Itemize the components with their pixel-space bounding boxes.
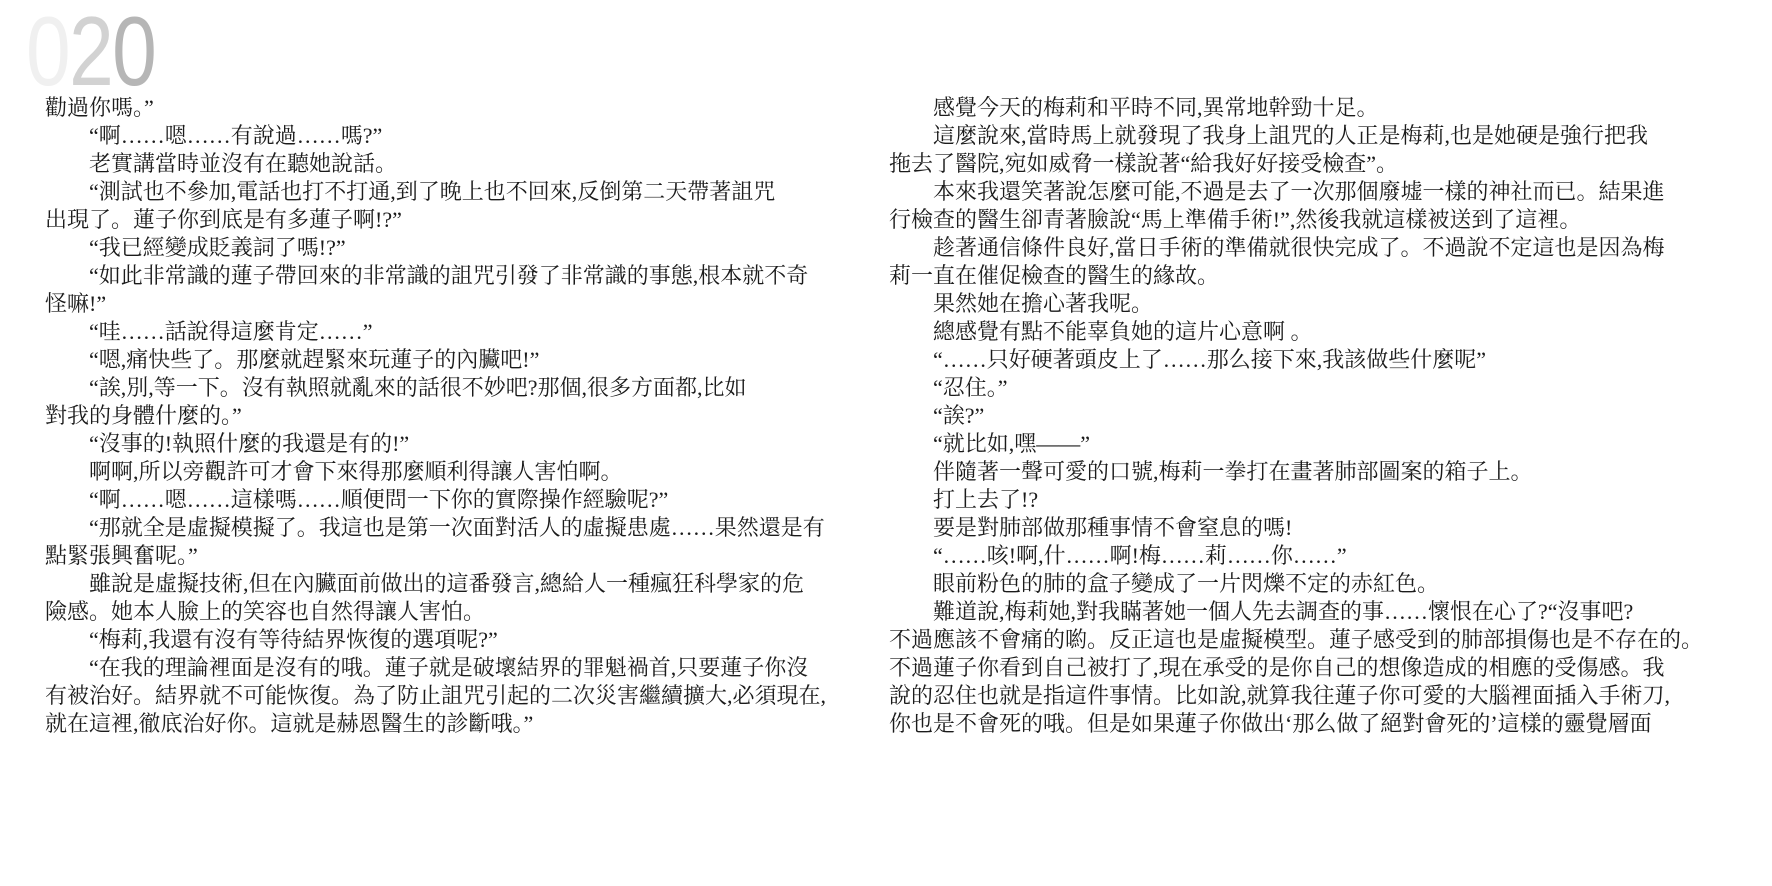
text-line: “如此非常識的蓮子帶回來的非常識的詛咒引發了非常識的事態,根本就不奇 bbox=[45, 262, 823, 290]
text-line: 總感覺有點不能辜負她的這片心意啊 。 bbox=[889, 318, 1703, 346]
text-line: “就比如,嘿——” bbox=[889, 430, 1703, 458]
text-line: “忍住。” bbox=[889, 374, 1703, 402]
text-line: “我已經變成貶義詞了嗎!?” bbox=[45, 234, 823, 262]
text-line: 伴隨著一聲可愛的口號,梅莉一拳打在畫著肺部圖案的箱子上。 bbox=[889, 458, 1703, 486]
text-line: 就在這裡,徹底治好你。這就是赫恩醫生的診斷哦。” bbox=[45, 710, 823, 738]
text-line: 對我的身體什麼的。” bbox=[45, 402, 823, 430]
left-page-text: 勸過你嗎。”“啊……嗯……有說過……嗎?”老實講當時並沒有在聽她說話。“測試也不… bbox=[45, 94, 823, 738]
text-line: “那就全是虛擬模擬了。我這也是第一次面對活人的虛擬患處……果然還是有 bbox=[45, 514, 823, 542]
text-line: “哇……話說得這麼肯定……” bbox=[45, 318, 823, 346]
text-line: 感覺今天的梅莉和平時不同,異常地幹勁十足。 bbox=[889, 94, 1703, 122]
text-line: “沒事的!執照什麼的我還是有的!” bbox=[45, 430, 823, 458]
text-line: 難道說,梅莉她,對我瞞著她一個人先去調查的事……懷恨在心了?“沒事吧? bbox=[889, 598, 1703, 626]
text-line: 果然她在擔心著我呢。 bbox=[889, 290, 1703, 318]
text-line: “……只好硬著頭皮上了……那么接下來,我該做些什麼呢” bbox=[889, 346, 1703, 374]
text-line: 點緊張興奮呢。” bbox=[45, 542, 823, 570]
text-line: 勸過你嗎。” bbox=[45, 94, 823, 122]
text-line: 說的忍住也就是指這件事情。比如說,就算我往蓮子你可愛的大腦裡面插入手術刀, bbox=[889, 682, 1703, 710]
page-number-digit: 2 bbox=[69, 0, 112, 106]
text-line: 莉一直在催促檢查的醫生的緣故。 bbox=[889, 262, 1703, 290]
text-line: “測試也不參加,電話也打不打通,到了晚上也不回來,反倒第二天帶著詛咒 bbox=[45, 178, 823, 206]
page-number-digit: 0 bbox=[26, 0, 69, 106]
text-line: “梅莉,我還有沒有等待結界恢復的選項呢?” bbox=[45, 626, 823, 654]
text-line: 怪嘛!” bbox=[45, 290, 823, 318]
text-line: 行檢查的醫生卻青著臉說“馬上準備手術!”,然後我就這樣被送到了這裡。 bbox=[889, 206, 1703, 234]
text-line: 這麼說來,當時馬上就發現了我身上詛咒的人正是梅莉,也是她硬是強行把我 bbox=[889, 122, 1703, 150]
text-line: 有被治好。結界就不可能恢復。為了防止詛咒引起的二次災害繼續擴大,必須現在, bbox=[45, 682, 823, 710]
text-line: 趁著通信條件良好,當日手術的準備就很快完成了。不過說不定這也是因為梅 bbox=[889, 234, 1703, 262]
text-line: 雖說是虛擬技術,但在內臟面前做出的這番發言,總給人一種瘋狂科學家的危 bbox=[45, 570, 823, 598]
page-number-digit: 0 bbox=[112, 0, 155, 106]
text-line: “啊……嗯……有說過……嗎?” bbox=[45, 122, 823, 150]
text-line: “誒?” bbox=[889, 402, 1703, 430]
text-line: 不過蓮子你看到自己被打了,現在承受的是你自己的想像造成的相應的受傷感。我 bbox=[889, 654, 1703, 682]
right-page-text: 感覺今天的梅莉和平時不同,異常地幹勁十足。這麼說來,當時馬上就發現了我身上詛咒的… bbox=[889, 94, 1703, 738]
text-line: 出現了。蓮子你到底是有多蓮子啊!?” bbox=[45, 206, 823, 234]
text-line: “誒,別,等一下。沒有執照就亂來的話很不妙吧?那個,很多方面都,比如 bbox=[45, 374, 823, 402]
page-number: 020 bbox=[26, 2, 155, 100]
text-line: 打上去了!? bbox=[889, 486, 1703, 514]
text-line: 眼前粉色的肺的盒子變成了一片閃爍不定的赤紅色。 bbox=[889, 570, 1703, 598]
text-line: 險感。她本人臉上的笑容也自然得讓人害怕。 bbox=[45, 598, 823, 626]
text-line: 啊啊,所以旁觀許可才會下來得那麼順利得讓人害怕啊。 bbox=[45, 458, 823, 486]
text-line: “嗯,痛快些了。那麼就趕緊來玩蓮子的內臟吧!” bbox=[45, 346, 823, 374]
text-line: 不過應該不會痛的喲。反正這也是虛擬模型。蓮子感受到的肺部損傷也是不存在的。 bbox=[889, 626, 1703, 654]
book-spread: 020 勸過你嗎。”“啊……嗯……有說過……嗎?”老實講當時並沒有在聽她說話。“… bbox=[0, 0, 1772, 886]
text-line: “……咳!啊,什……啊!梅……莉……你……” bbox=[889, 542, 1703, 570]
text-line: 你也是不會死的哦。但是如果蓮子你做出‘那么做了絕對會死的’這樣的靈覺層面 bbox=[889, 710, 1703, 738]
text-line: “啊……嗯……這樣嗎……順便問一下你的實際操作經驗呢?” bbox=[45, 486, 823, 514]
text-line: 拖去了醫院,宛如威脅一樣說著“給我好好接受檢查”。 bbox=[889, 150, 1703, 178]
text-line: 老實講當時並沒有在聽她說話。 bbox=[45, 150, 823, 178]
text-line: 本來我還笑著說怎麼可能,不過是去了一次那個廢墟一樣的神社而已。結果進 bbox=[889, 178, 1703, 206]
text-line: “在我的理論裡面是沒有的哦。蓮子就是破壞結界的罪魁禍首,只要蓮子你沒 bbox=[45, 654, 823, 682]
text-line: 要是對肺部做那種事情不會窒息的嗎! bbox=[889, 514, 1703, 542]
